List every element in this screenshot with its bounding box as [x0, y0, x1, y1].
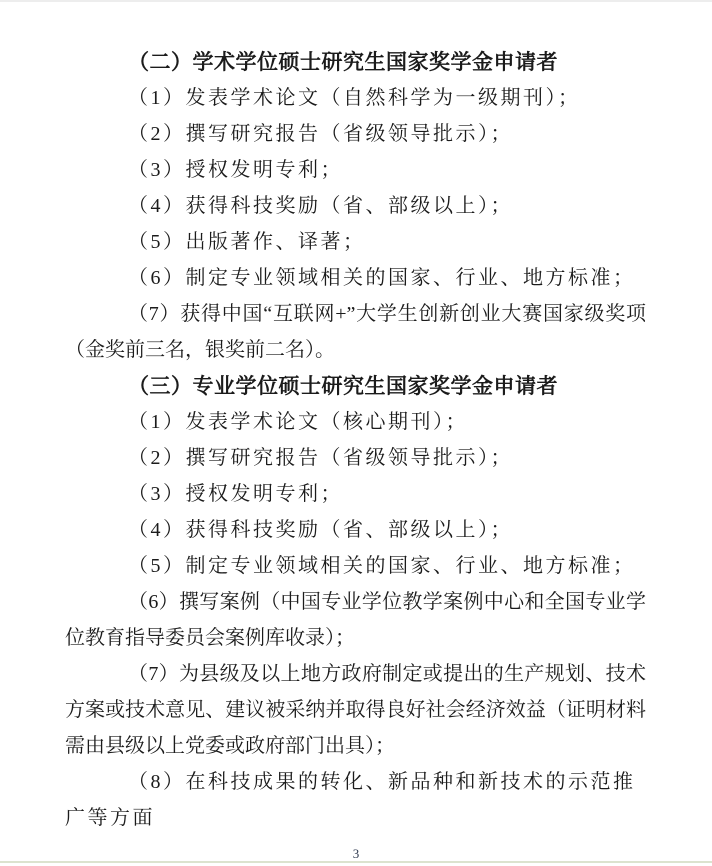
- list-item: （1）发表学术论文（核心期刊）；: [65, 404, 646, 440]
- list-item: （5）出版著作、译著；: [65, 224, 646, 260]
- section-heading-3: （三）专业学位硕士研究生国家奖学金申请者: [65, 368, 646, 404]
- list-item: （4）获得科技奖励（省、部级以上）；: [65, 512, 646, 548]
- list-item: （2）撰写研究报告（省级领导批示）；: [65, 116, 646, 152]
- list-item: （4）获得科技奖励（省、部级以上）；: [65, 188, 646, 224]
- list-item: （7）获得中国“互联网+”大学生创新创业大赛国家级奖项（金奖前三名，银奖前二名）…: [65, 296, 646, 368]
- list-item: （3）授权发明专利；: [65, 152, 646, 188]
- list-item: （3）授权发明专利；: [65, 476, 646, 512]
- section-heading-2: （二）学术学位硕士研究生国家奖学金申请者: [65, 44, 646, 80]
- list-item: （5）制定专业领域相关的国家、行业、地方标准；: [65, 548, 646, 584]
- list-item: （1）发表学术论文（自然科学为一级期刊）；: [65, 80, 646, 116]
- list-item: （6）撰写案例（中国专业学位教学案例中心和全国专业学位教育指导委员会案例库收录）…: [65, 584, 646, 656]
- list-item: （8）在科技成果的转化、新品种和新技术的示范推广等方面: [65, 764, 646, 836]
- document-content: （二）学术学位硕士研究生国家奖学金申请者 （1）发表学术论文（自然科学为一级期刊…: [65, 44, 646, 836]
- page-number: 3: [0, 847, 712, 861]
- bottom-rule: [0, 861, 712, 863]
- document-page: （二）学术学位硕士研究生国家奖学金申请者 （1）发表学术论文（自然科学为一级期刊…: [0, 0, 712, 866]
- list-item: （6）制定专业领域相关的国家、行业、地方标准；: [65, 260, 646, 296]
- top-rule: [0, 0, 712, 2]
- list-item: （2）撰写研究报告（省级领导批示）；: [65, 440, 646, 476]
- list-item: （7）为县级及以上地方政府制定或提出的生产规划、技术方案或技术意见、建议被采纳并…: [65, 656, 646, 764]
